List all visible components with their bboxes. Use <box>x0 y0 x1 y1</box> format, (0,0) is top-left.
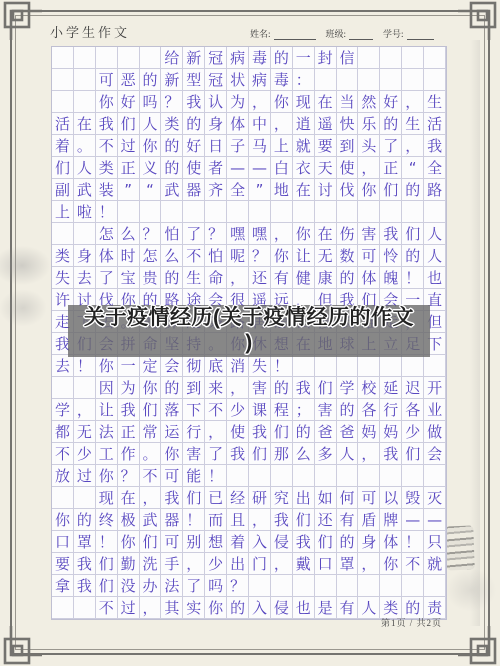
grid-cell: 们 <box>315 377 337 399</box>
grid-cell: 灭 <box>424 487 446 509</box>
class-blank-line <box>349 29 373 40</box>
grid-cell: 了 <box>183 223 205 245</box>
grid-cell: 研 <box>249 487 271 509</box>
grid-cell: ！ <box>74 355 96 377</box>
grid-cell <box>118 47 140 69</box>
grid-cell: 出 <box>227 553 249 575</box>
grid-cell <box>337 69 359 91</box>
corner-knot-icon <box>458 626 500 666</box>
grid-cell: 侵 <box>271 597 293 619</box>
grid-cell: 毁 <box>402 487 424 509</box>
grid-cell: 去 <box>52 355 74 377</box>
grid-cell: 不 <box>52 443 74 465</box>
grid-cell: 不 <box>402 553 424 575</box>
grid-cell: 如 <box>315 487 337 509</box>
grid-cell: 我 <box>293 377 315 399</box>
grid-cell: 还 <box>249 267 271 289</box>
grid-cell: 的 <box>161 157 183 179</box>
grid-cell: 的 <box>337 531 359 553</box>
grid-cell: 类 <box>96 157 118 179</box>
grid-cell: 乐 <box>358 113 380 135</box>
grid-cell: 下 <box>183 399 205 421</box>
grid-cell: 器 <box>161 509 183 531</box>
name-blank-line <box>274 29 316 40</box>
grid-cell: 给 <box>161 47 183 69</box>
grid-cell: 装 <box>96 179 118 201</box>
grid-cell: 生 <box>402 113 424 135</box>
grid-cell: 冠 <box>205 47 227 69</box>
grid-cell: 我 <box>74 553 96 575</box>
grid-cell: 衣 <box>293 157 315 179</box>
grid-cell: 了 <box>205 443 227 465</box>
grid-cell: 吗 <box>140 91 162 113</box>
grid-cell: 罩 <box>74 531 96 553</box>
grid-cell: 使 <box>227 421 249 443</box>
grid-cell: 法 <box>96 421 118 443</box>
grid-cell <box>424 575 446 597</box>
grid-cell: 门 <box>249 553 271 575</box>
grid-cell: 入 <box>249 597 271 619</box>
grid-cell: 妈 <box>358 421 380 443</box>
grid-cell: 的 <box>74 509 96 531</box>
grid-cell <box>424 201 446 223</box>
grid-cell: ” <box>249 179 271 201</box>
grid-cell <box>358 47 380 69</box>
grid-cell: 我 <box>380 223 402 245</box>
grid-cell: 好 <box>118 91 140 113</box>
grid-cell <box>358 575 380 597</box>
grid-cell: ， <box>249 509 271 531</box>
grid-cell: 工 <box>96 443 118 465</box>
grid-cell: 命 <box>205 267 227 289</box>
grid-cell: 路 <box>424 179 446 201</box>
grid-cell: 齐 <box>205 179 227 201</box>
grid-cell: 可 <box>161 531 183 553</box>
grid-cell: 口 <box>315 553 337 575</box>
grid-cell: 型 <box>183 69 205 91</box>
grid-cell: 你 <box>161 443 183 465</box>
grid-cell: 在 <box>293 179 315 201</box>
grid-cell: 我 <box>96 113 118 135</box>
grid-cell: 然 <box>358 91 380 113</box>
grid-cell: 上 <box>271 135 293 157</box>
grid-cell: 我 <box>380 443 402 465</box>
grid-cell <box>315 69 337 91</box>
student-number-blank-line <box>407 29 434 40</box>
grid-cell: 们 <box>183 487 205 509</box>
grid-cell: 落 <box>161 399 183 421</box>
grid-cell: 魄 <box>380 267 402 289</box>
grid-cell: ， <box>271 113 293 135</box>
grid-cell: 生 <box>424 91 446 113</box>
grid-cell: 到 <box>337 135 359 157</box>
grid-cell: 多 <box>315 443 337 465</box>
grid-cell: 们 <box>380 179 402 201</box>
grid-cell: 体 <box>380 531 402 553</box>
grid-cell: 的 <box>402 245 424 267</box>
grid-cell: ” <box>118 179 140 201</box>
grid-cell: 入 <box>249 531 271 553</box>
grid-cell: 人 <box>358 597 380 619</box>
grid-cell <box>52 597 74 619</box>
class-field-label: 班级: <box>326 27 347 40</box>
grid-cell: 们 <box>315 531 337 553</box>
grid-cell <box>424 47 446 69</box>
grid-cell <box>402 47 424 69</box>
grid-cell: 的 <box>380 113 402 135</box>
grid-cell: 白 <box>271 157 293 179</box>
grid-cell: 类 <box>52 245 74 267</box>
grid-cell: 出 <box>293 487 315 509</box>
grid-cell: 到 <box>183 377 205 399</box>
article-title-line2: ) <box>68 330 430 355</box>
grid-cell <box>227 201 249 223</box>
grid-cell: 么 <box>161 245 183 267</box>
grid-cell: 要 <box>52 553 74 575</box>
grid-cell <box>140 201 162 223</box>
grid-cell: 你 <box>140 377 162 399</box>
grid-cell: 数 <box>337 245 359 267</box>
grid-cell <box>293 355 315 377</box>
grid-cell: 妈 <box>380 421 402 443</box>
grid-cell: 我 <box>249 421 271 443</box>
grid-cell: 只 <box>424 531 446 553</box>
grid-cell: 定 <box>140 355 162 377</box>
grid-cell: 贵 <box>140 267 162 289</box>
grid-cell: 武 <box>140 509 162 531</box>
grid-cell: ？ <box>118 465 140 487</box>
grid-cell: 日 <box>205 135 227 157</box>
grid-cell: 放 <box>52 465 74 487</box>
grid-cell: 盾 <box>358 509 380 531</box>
grid-cell: ， <box>249 91 271 113</box>
grid-cell: 健 <box>293 267 315 289</box>
grid-cell: 讨 <box>315 179 337 201</box>
grid-cell: 做 <box>424 421 446 443</box>
grid-cell: 体 <box>96 245 118 267</box>
grid-cell: 时 <box>118 245 140 267</box>
grid-cell: ， <box>205 421 227 443</box>
grid-cell: — <box>424 509 446 531</box>
grid-cell: ； <box>293 399 315 421</box>
grid-cell: 害 <box>358 223 380 245</box>
grid-cell: 在 <box>74 113 96 135</box>
grid-cell: 你 <box>96 465 118 487</box>
grid-cell: ！ <box>402 267 424 289</box>
grid-cell <box>358 355 380 377</box>
grid-cell: 人 <box>424 245 446 267</box>
grid-cell <box>161 201 183 223</box>
grid-cell: ！ <box>271 355 293 377</box>
grid-cell: 来 <box>205 377 227 399</box>
grid-cell: 封 <box>315 47 337 69</box>
grid-cell <box>74 47 96 69</box>
grid-cell: 课 <box>249 399 271 421</box>
grid-cell <box>402 355 424 377</box>
grid-cell: 学 <box>337 377 359 399</box>
grid-cell <box>293 575 315 597</box>
grid-cell <box>52 91 74 113</box>
grid-cell <box>380 69 402 91</box>
grid-cell: 你 <box>96 355 118 377</box>
grid-cell: 人 <box>424 223 446 245</box>
page-number-indicator: 第1页 / 共2页 <box>381 616 442 629</box>
grid-cell: 底 <box>205 355 227 377</box>
grid-cell: 们 <box>293 509 315 531</box>
student-number-field-label: 学号: <box>383 27 404 40</box>
grid-cell: 那 <box>271 443 293 465</box>
grid-cell: 们 <box>249 443 271 465</box>
grid-cell <box>249 465 271 487</box>
grid-cell: 消 <box>227 355 249 377</box>
grid-cell: 过 <box>74 465 96 487</box>
grid-cell <box>74 91 96 113</box>
grid-cell: 行 <box>183 421 205 443</box>
grid-cell: 失 <box>249 355 271 377</box>
grid-cell: 怎 <box>96 223 118 245</box>
grid-cell: 了 <box>183 575 205 597</box>
grid-cell: 一 <box>118 355 140 377</box>
grid-cell: 会 <box>161 355 183 377</box>
grid-cell: 正 <box>118 157 140 179</box>
grid-cell: 无 <box>74 421 96 443</box>
grid-cell: ！ <box>96 531 118 553</box>
grid-cell: 我 <box>271 509 293 531</box>
grid-cell: 的 <box>271 377 293 399</box>
grid-cell: 正 <box>380 157 402 179</box>
grid-cell: ， <box>227 377 249 399</box>
grid-cell: 有 <box>337 597 359 619</box>
grid-cell: 着 <box>52 135 74 157</box>
grid-cell: 彻 <box>183 355 205 377</box>
grid-cell: 地 <box>271 179 293 201</box>
grid-cell: 快 <box>337 113 359 135</box>
grid-cell: 想 <box>205 531 227 553</box>
grid-cell: 伤 <box>337 223 359 245</box>
grid-cell: 究 <box>271 487 293 509</box>
grid-cell: 且 <box>227 509 249 531</box>
grid-cell: 的 <box>183 113 205 135</box>
grid-cell: ？ <box>140 223 162 245</box>
grid-cell: 人 <box>140 113 162 135</box>
grid-cell: 逍 <box>293 113 315 135</box>
grid-cell: 一 <box>293 47 315 69</box>
grid-cell: ， <box>227 267 249 289</box>
article-title-overlay: 关于疫情经历(关于疫情经历的作文 ) <box>68 305 430 357</box>
grid-cell: 怕 <box>205 245 227 267</box>
grid-cell: 爸 <box>337 421 359 443</box>
grid-cell: 有 <box>271 267 293 289</box>
grid-cell: 你 <box>52 509 74 531</box>
grid-cell: 校 <box>358 377 380 399</box>
grid-cell <box>402 201 424 223</box>
grid-cell: 就 <box>293 135 315 157</box>
grid-cell: 少 <box>227 399 249 421</box>
grid-cell: 失 <box>52 267 74 289</box>
grid-cell: 新 <box>183 47 205 69</box>
grid-cell <box>358 465 380 487</box>
grid-cell: 拿 <box>52 575 74 597</box>
grid-cell: 们 <box>271 421 293 443</box>
name-field-label: 姓名: <box>250 27 271 40</box>
grid-cell: 么 <box>118 223 140 245</box>
grid-cell: ， <box>140 487 162 509</box>
grid-cell: ， <box>358 443 380 465</box>
grid-cell: 你 <box>140 135 162 157</box>
grid-cell: ， <box>402 135 424 157</box>
grid-cell: 不 <box>140 465 162 487</box>
grid-cell: 在 <box>315 91 337 113</box>
grid-cell: 去 <box>74 267 96 289</box>
grid-cell: 马 <box>249 135 271 157</box>
grid-cell: 宝 <box>118 267 140 289</box>
grid-cell <box>380 465 402 487</box>
grid-cell: 勤 <box>118 553 140 575</box>
grid-cell <box>358 69 380 91</box>
grid-cell: 业 <box>424 399 446 421</box>
grid-cell: 少 <box>74 443 96 465</box>
grid-cell: 的 <box>161 135 183 157</box>
grid-cell: 病 <box>249 69 271 91</box>
grid-cell <box>424 355 446 377</box>
grid-cell: 开 <box>424 377 446 399</box>
grid-cell: 没 <box>118 575 140 597</box>
grid-cell: 。 <box>140 443 162 465</box>
grid-cell: 能 <box>183 465 205 487</box>
grid-cell: 在 <box>315 223 337 245</box>
grid-cell <box>271 575 293 597</box>
grid-cell <box>52 47 74 69</box>
grid-cell: 人 <box>74 157 96 179</box>
grid-cell <box>358 201 380 223</box>
grid-cell <box>52 69 74 91</box>
grid-cell: ？ <box>249 245 271 267</box>
grid-cell: ！ <box>183 509 205 531</box>
grid-cell: 体 <box>358 267 380 289</box>
grid-cell: 别 <box>183 531 205 553</box>
grid-cell: 你 <box>358 179 380 201</box>
grid-cell: 伐 <box>337 179 359 201</box>
grid-cell: 的 <box>140 69 162 91</box>
grid-cell: 你 <box>293 223 315 245</box>
grid-cell: 其 <box>161 597 183 619</box>
grid-cell: 好 <box>380 91 402 113</box>
grid-cell <box>183 201 205 223</box>
grid-cell: ， <box>271 223 293 245</box>
student-number-field: 学号: <box>383 27 434 40</box>
grid-cell: 要 <box>315 135 337 157</box>
grid-cell: 侵 <box>271 531 293 553</box>
grid-cell <box>271 201 293 223</box>
grid-cell <box>74 377 96 399</box>
grid-cell: 病 <box>227 47 249 69</box>
grid-cell: 吗 <box>205 575 227 597</box>
grid-cell: 迟 <box>402 377 424 399</box>
grid-cell: 活 <box>424 113 446 135</box>
grid-cell: 何 <box>337 487 359 509</box>
grid-cell: 洗 <box>140 553 162 575</box>
grid-cell: — <box>402 509 424 531</box>
grid-cell: 好 <box>183 135 205 157</box>
grid-cell: 的 <box>161 267 183 289</box>
grid-cell <box>74 69 96 91</box>
grid-cell: 已 <box>205 487 227 509</box>
grid-cell <box>402 69 424 91</box>
grid-cell: 体 <box>227 113 249 135</box>
grid-cell <box>337 465 359 487</box>
grid-cell: 的 <box>271 47 293 69</box>
grid-cell: 遥 <box>315 113 337 135</box>
grid-cell: 着 <box>227 531 249 553</box>
grid-cell: 我 <box>227 443 249 465</box>
grid-cell: 过 <box>118 135 140 157</box>
grid-cell <box>337 201 359 223</box>
grid-cell: ， <box>402 91 424 113</box>
grid-cell: ？ <box>161 91 183 113</box>
grid-cell: 新 <box>161 69 183 91</box>
grid-cell: ？ <box>227 575 249 597</box>
student-info-fields: 姓名: 班级: 学号: <box>250 27 444 40</box>
grid-cell <box>74 223 96 245</box>
grid-cell: 的 <box>227 597 249 619</box>
corner-knot-icon <box>458 0 500 40</box>
grid-cell: ， <box>358 553 380 575</box>
grid-cell <box>293 201 315 223</box>
grid-cell: 生 <box>183 267 205 289</box>
grid-cell <box>118 201 140 223</box>
grid-cell: 我 <box>183 91 205 113</box>
grid-cell: 可 <box>96 69 118 91</box>
grid-cell: 害 <box>315 399 337 421</box>
grid-cell: 你 <box>118 531 140 553</box>
grid-cell: 身 <box>205 113 227 135</box>
grid-cell <box>424 465 446 487</box>
grid-cell: 程 <box>271 399 293 421</box>
grid-cell: 在 <box>118 487 140 509</box>
grid-cell: 你 <box>205 597 227 619</box>
grid-cell <box>74 597 96 619</box>
grid-cell: ？ <box>205 223 227 245</box>
grid-cell: ， <box>358 157 380 179</box>
grid-cell: 正 <box>118 421 140 443</box>
worksheet-brand-label: 小学生作文 <box>50 22 130 41</box>
grid-cell: 当 <box>337 91 359 113</box>
grid-cell <box>380 355 402 377</box>
grid-cell: 都 <box>52 421 74 443</box>
grid-cell: 可 <box>161 465 183 487</box>
grid-cell <box>315 355 337 377</box>
grid-cell: 我 <box>118 399 140 421</box>
grid-cell: 头 <box>358 135 380 157</box>
grid-cell: 的 <box>161 377 183 399</box>
grid-cell: 全 <box>227 179 249 201</box>
grid-cell: 罩 <box>337 553 359 575</box>
grid-cell <box>293 465 315 487</box>
pencil-smudge <box>445 526 475 571</box>
grid-cell: 行 <box>380 399 402 421</box>
grid-cell: 现 <box>293 91 315 113</box>
grid-cell: 牌 <box>380 509 402 531</box>
grid-cell: 冠 <box>205 69 227 91</box>
grid-cell: 不 <box>96 597 118 619</box>
grid-cell <box>271 465 293 487</box>
grid-cell: 过 <box>118 597 140 619</box>
class-field: 班级: <box>326 27 374 40</box>
grid-cell <box>74 487 96 509</box>
grid-cell: 爸 <box>315 421 337 443</box>
grid-cell: ， <box>183 553 205 575</box>
grid-cell: “ <box>402 157 424 179</box>
